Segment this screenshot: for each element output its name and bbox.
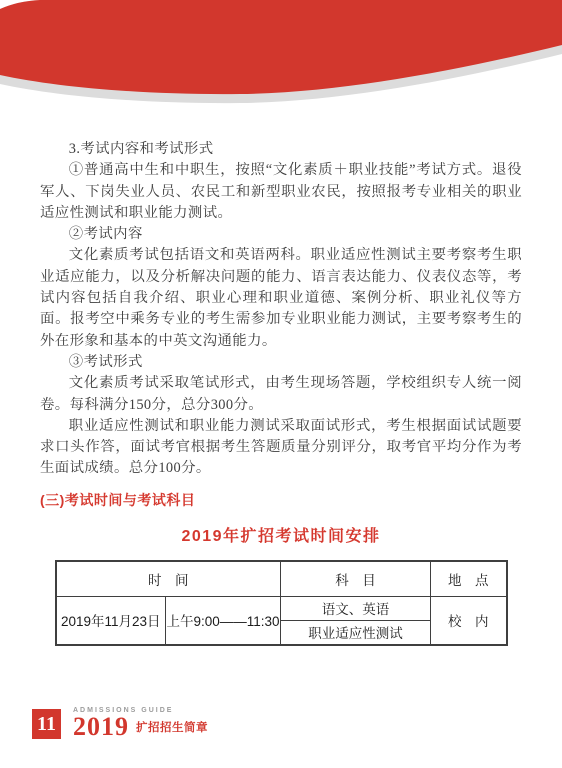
page-footer: 11 ADMISSIONS GUIDE 2019 扩招招生简章	[32, 707, 208, 739]
cell-subject-languages: 语文、英语	[281, 596, 431, 620]
paragraph-exam-content-detail: 文化素质考试包括语文和英语两科。职业适应性测试主要考察考生职业适应能力，以及分析…	[40, 245, 522, 351]
col-header-subject: 科 目	[281, 561, 431, 597]
page-number: 11	[37, 713, 56, 736]
paragraph-exam-content-label: ②考试内容	[40, 224, 522, 245]
table-title: 2019年扩招考试时间安排	[40, 523, 522, 546]
header-wave-graphic	[0, 0, 562, 115]
page-number-badge: 11	[32, 709, 61, 739]
cell-exam-time: 上午9:00——11:30	[166, 596, 281, 645]
paragraph-exam-content-heading: 3.考试内容和考试形式	[40, 139, 522, 160]
cell-exam-date: 2019年11月23日	[56, 596, 166, 645]
paragraph-written-exam: 文化素质考试采取笔试形式，由考生现场答题，学校组织专人统一阅卷。每科满分150分…	[40, 373, 522, 416]
document-page: 3.考试内容和考试形式 ①普通高中生和中职生，按照“文化素质＋职业技能”考试方式…	[0, 0, 562, 768]
paragraph-interview-exam: 职业适应性测试和职业能力测试采取面试形式，考生根据面试试题要求口头作答，面试考官…	[40, 416, 522, 480]
cell-exam-location: 校 内	[431, 596, 507, 645]
col-header-time: 时 间	[56, 561, 281, 597]
document-body: 3.考试内容和考试形式 ①普通高中生和中职生，按照“文化素质＋职业技能”考试方式…	[40, 139, 522, 646]
table-header-row: 时 间 科 目 地 点	[56, 561, 507, 597]
paragraph-exam-method: ①普通高中生和中职生，按照“文化素质＋职业技能”考试方式。退役军人、下岗失业人员…	[40, 160, 522, 224]
section-heading: (三)考试时间与考试科目	[40, 490, 522, 510]
cell-subject-aptitude: 职业适应性测试	[281, 620, 431, 645]
footer-year-row: 2019 扩招招生简章	[73, 714, 208, 739]
table-row: 2019年11月23日 上午9:00——11:30 语文、英语 校 内	[56, 596, 507, 620]
footer-year: 2019	[73, 714, 129, 739]
exam-schedule-table: 时 间 科 目 地 点 2019年11月23日 上午9:00——11:30 语文…	[55, 560, 508, 646]
paragraph-exam-form-label: ③考试形式	[40, 352, 522, 373]
col-header-location: 地 点	[431, 561, 507, 597]
header-wave-red	[0, 0, 562, 94]
footer-brochure-title: 扩招招生简章	[136, 719, 208, 735]
footer-branding: ADMISSIONS GUIDE 2019 扩招招生简章	[73, 707, 208, 739]
